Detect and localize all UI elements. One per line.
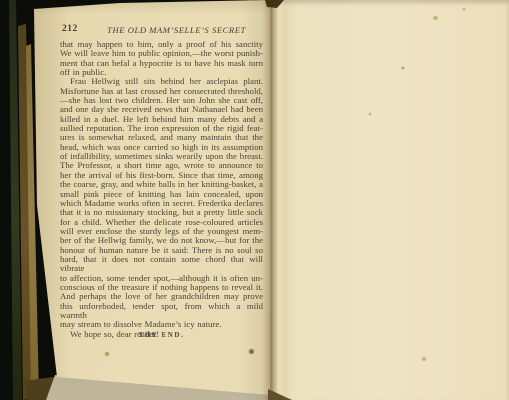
running-title: THE OLD MAM’SELLE’S SECRET [90,25,263,35]
book-scan: 212 THE OLD MAM’SELLE’S SECRET that may … [0,0,509,400]
paragraph: Frau Hellwig still sits behind her ascle… [60,77,263,329]
body-text: that may happen to him, only a proof of … [60,40,263,339]
page-number: 212 [62,24,78,34]
paragraph: that may happen to him, only a proof of … [60,40,263,77]
right-page-blank [268,0,509,400]
the-end-label: THE END. [60,331,263,339]
page-header: 212 THE OLD MAM’SELLE’S SECRET [60,24,263,36]
text-line: hard, that it does not contain some chor… [60,255,263,274]
text-line: this unforeboded, tender spot, from whic… [60,302,263,321]
